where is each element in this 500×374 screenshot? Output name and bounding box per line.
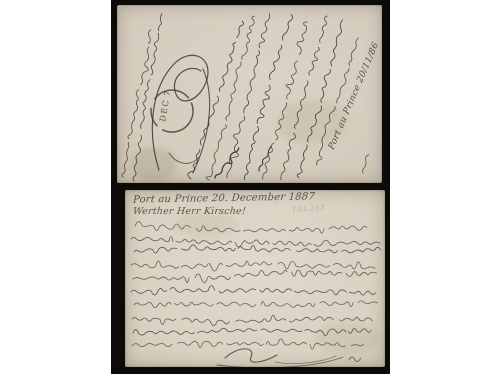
handwriting-line bbox=[129, 13, 164, 181]
salutation-line: Werther Herr Kirsche! bbox=[132, 206, 246, 217]
handwriting-line bbox=[213, 147, 242, 180]
handwriting-line bbox=[134, 244, 381, 253]
handwriting-line bbox=[132, 314, 378, 327]
postmark-month: DEC bbox=[158, 98, 171, 122]
handwriting-line bbox=[131, 236, 385, 247]
handwriting-line bbox=[133, 327, 371, 337]
signature-flourish-bottom bbox=[217, 349, 361, 367]
handwriting-line bbox=[132, 338, 363, 349]
handwriting-line bbox=[134, 301, 378, 308]
postcard-bottom: Port au Prince 20. December 1887 Werther… bbox=[125, 190, 385, 367]
photo-stage: DEC7 Port au Prince 20/11/86 Port au Pri… bbox=[0, 0, 500, 374]
handwriting-line bbox=[131, 285, 376, 295]
signature-initials-mark bbox=[349, 357, 361, 362]
postcard-top: DEC7 Port au Prince 20/11/86 bbox=[117, 5, 382, 183]
handwriting-line bbox=[135, 219, 373, 235]
handwriting-line bbox=[133, 269, 382, 283]
handwriting-line bbox=[121, 29, 155, 178]
handwriting-line bbox=[360, 154, 369, 173]
handwriting-layer-top: DEC7 bbox=[117, 5, 382, 183]
handwriting-line bbox=[258, 21, 311, 180]
handwriting-line bbox=[205, 15, 258, 180]
handwriting-line bbox=[131, 260, 375, 272]
